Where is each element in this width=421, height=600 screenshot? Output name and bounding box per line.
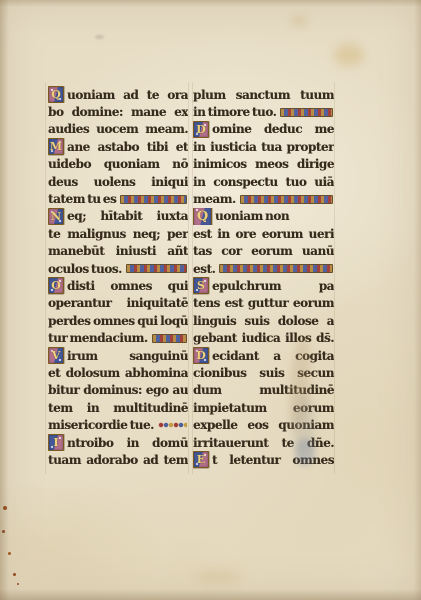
line-text: in iusticia tua propter (193, 140, 334, 154)
line-text: tas cor eorum uanū (193, 244, 334, 258)
text-line: est in ore eorum ueri (193, 225, 334, 242)
ruling-line (45, 82, 46, 474)
text-line: linguis suis dolose a (193, 312, 334, 329)
line-text: t letentur omnes (212, 453, 334, 467)
line-text: dum multitudinē (193, 383, 334, 397)
line-filler-ornament (152, 334, 187, 343)
foxing-speck (3, 506, 7, 510)
illuminated-initial: O (48, 277, 64, 294)
illuminated-initial: Q (48, 86, 64, 103)
text-line: Quoniam ad te ora (48, 86, 188, 103)
line-filler-ornament (126, 264, 187, 273)
illuminated-initial: N (48, 208, 64, 225)
text-line: tuam adorabo ad tem (48, 451, 188, 468)
text-line: tas cor eorum uanū (193, 243, 334, 260)
foxing-speck (2, 530, 5, 533)
text-line: audies uocem meam. (48, 121, 188, 138)
line-text: in conspectu tuo uiā (193, 175, 334, 189)
text-line: perdes omnes qui loqū (48, 312, 188, 329)
line-text: cionibus suis secun (193, 366, 334, 380)
line-text: perdes omnes qui loqū (48, 314, 188, 328)
text-line: dum multitudinē (193, 382, 334, 399)
illuminated-initial: V (48, 347, 64, 364)
illuminated-initial: D (193, 121, 209, 138)
line-text: manebūt iniusti añt (48, 244, 188, 258)
illuminated-initial: Q (193, 208, 212, 225)
line-filler-ornament (158, 421, 187, 429)
line-text: deus uolens iniqui (48, 175, 188, 189)
illuminated-initial: E (193, 451, 209, 468)
text-line: oculos tuos. (48, 260, 188, 277)
text-line: te malignus neq; per (48, 225, 188, 242)
line-text: expelle eos quoniam (193, 418, 334, 432)
text-line: gebant iudica illos ds̄. (193, 329, 334, 346)
line-filler-ornament (219, 264, 333, 273)
text-line: Mane astabo tibi et (48, 138, 188, 155)
foxing-speck (13, 573, 16, 576)
line-text: irum sanguinū (67, 349, 188, 363)
line-text: ecidant a cogita (212, 349, 334, 363)
line-text: uidebo quoniam nō (48, 157, 188, 171)
text-line: deus uolens iniqui (48, 173, 188, 190)
line-filler-ornament (120, 195, 187, 204)
line-text: operantur iniquitatē (48, 296, 188, 310)
line-text: audies uocem meam. (48, 122, 188, 136)
line-text: bo domine: mane ex (48, 105, 188, 119)
line-text: irritauerunt te dñe. (193, 436, 334, 450)
line-text: ntroibo in domū (67, 436, 188, 450)
line-text: est. (193, 262, 215, 276)
manuscript-page: Quoniam ad te orabo domine: mane exaudie… (0, 0, 421, 600)
text-line: in conspectu tuo uiā (193, 173, 334, 190)
text-line: est. (193, 260, 334, 277)
text-line: Quoniam non (193, 208, 334, 225)
line-text: disti omnes qui (67, 279, 188, 293)
line-text: eq; hītabit iuxta (67, 209, 188, 223)
ruling-line (188, 82, 189, 474)
line-text: te malignus neq; per (48, 227, 188, 241)
line-filler-ornament (280, 108, 333, 117)
text-line: bitur dominus: ego au (48, 382, 188, 399)
text-line: manebūt iniusti añt (48, 243, 188, 260)
line-text: uoniam non (215, 209, 289, 223)
line-text: est in ore eorum ueri (193, 227, 334, 241)
text-line: tur mendacium. (48, 329, 188, 346)
text-line: expelle eos quoniam (193, 416, 334, 433)
text-line: misericordie tue. (48, 416, 188, 433)
text-line: in timore tuo. (193, 103, 334, 120)
illuminated-initial: D (193, 347, 209, 364)
text-line: uidebo quoniam nō (48, 156, 188, 173)
text-line: tens est guttur eorum (193, 295, 334, 312)
illuminated-initial: S (193, 277, 209, 294)
line-text: gebant iudica illos ds̄. (193, 331, 334, 345)
stain (95, 35, 104, 39)
illuminated-initial: M (48, 138, 64, 155)
text-line: Et letentur omnes (193, 451, 334, 468)
text-column-left: Quoniam ad te orabo domine: mane exaudie… (48, 86, 188, 469)
text-line: plum sanctum tuum (193, 86, 334, 103)
line-text: oculos tuos. (48, 262, 122, 276)
line-text: in timore tuo. (193, 105, 276, 119)
text-line: Introibo in domū (48, 434, 188, 451)
text-line: impietatum eorum (193, 399, 334, 416)
text-line: Neq; hītabit iuxta (48, 208, 188, 225)
line-text: ane astabo tibi et (67, 140, 188, 154)
text-line: in iusticia tua propter (193, 138, 334, 155)
text-column-right: plum sanctum tuumin timore tuo.Domine de… (193, 86, 334, 469)
line-text: misericordie tue. (48, 418, 154, 432)
line-text: tuam adorabo ad tem (48, 453, 188, 467)
line-text: impietatum eorum (193, 401, 334, 415)
foxing-speck (8, 552, 11, 555)
text-line: Sepulchrum pa (193, 277, 334, 294)
line-filler-ornament (240, 195, 333, 204)
line-text: meam. (193, 192, 236, 206)
text-line: cionibus suis secun (193, 364, 334, 381)
line-text: tem in multitudinē (48, 401, 188, 415)
line-text: tens est guttur eorum (193, 296, 334, 310)
illuminated-initial: I (48, 434, 64, 451)
stain (195, 570, 241, 584)
text-line: irritauerunt te dñe. (193, 434, 334, 451)
text-line: tatem tu es (48, 190, 188, 207)
stain (334, 44, 364, 66)
line-text: plum sanctum tuum (193, 88, 334, 102)
line-text: bitur dominus: ego au (48, 383, 188, 397)
text-line: Odisti omnes qui (48, 277, 188, 294)
text-line: meam. (193, 190, 334, 207)
text-line: Virum sanguinū (48, 347, 188, 364)
line-text: tur mendacium. (48, 331, 148, 345)
stain (290, 16, 308, 26)
text-line: tem in multitudinē (48, 399, 188, 416)
line-text: et dolosum abhomina (48, 366, 188, 380)
line-text: linguis suis dolose a (193, 314, 334, 328)
line-text: tatem tu es (48, 192, 116, 206)
text-line: bo domine: mane ex (48, 103, 188, 120)
line-text: omine deduc me (212, 122, 334, 136)
text-line: operantur iniquitatē (48, 295, 188, 312)
text-line: et dolosum abhomina (48, 364, 188, 381)
text-line: Domine deduc me (193, 121, 334, 138)
ruling-line (334, 82, 335, 474)
text-line: inimicos meos dirige (193, 156, 334, 173)
line-text: epulchrum pa (212, 279, 334, 293)
foxing-speck (17, 583, 19, 585)
text-line: Decidant a cogita (193, 347, 334, 364)
line-text: inimicos meos dirige (193, 157, 334, 171)
line-text: uoniam ad te ora (67, 88, 188, 102)
